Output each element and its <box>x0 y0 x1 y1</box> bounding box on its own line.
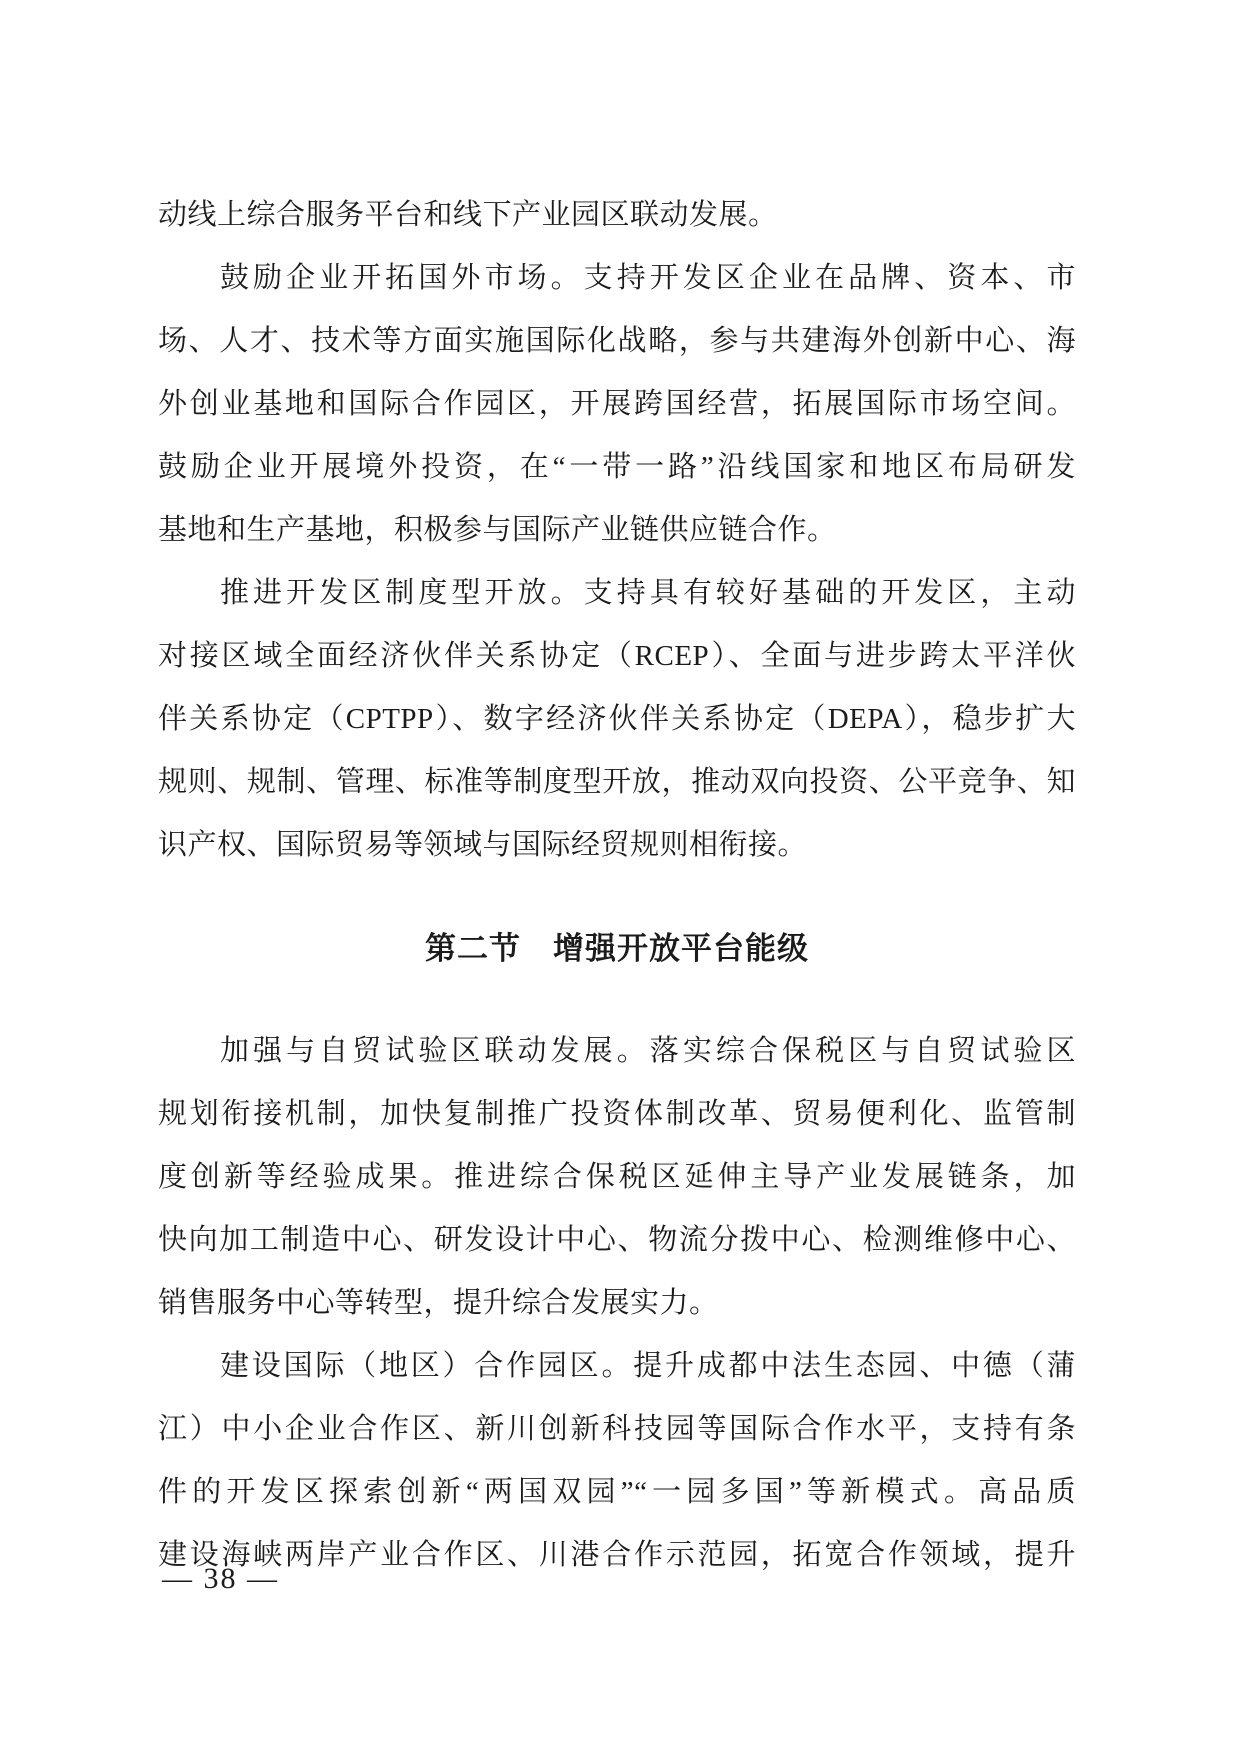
text-line: 销售服务中心等转型，提升综合发展实力。 <box>158 1272 1076 1335</box>
text-line: 快向加工制造中心、研发设计中心、物流分拨中心、检测维修中心、 <box>158 1209 1076 1272</box>
text-line: 加强与自贸试验区联动发展。落实综合保税区与自贸试验区 <box>158 1020 1076 1083</box>
document-page: 动线上综合服务平台和线下产业园区联动发展。鼓励企业开拓国外市场。支持开发区企业在… <box>0 0 1240 1754</box>
text-line: 推进开发区制度型开放。支持具有较好基础的开发区，主动 <box>158 562 1076 625</box>
text-line: 规划衔接机制，加快复制推广投资体制改革、贸易便利化、监管制 <box>158 1083 1076 1146</box>
text-line: 外创业基地和国际合作园区，开展跨国经营，拓展国际市场空间。 <box>158 373 1076 436</box>
text-line: 动线上综合服务平台和线下产业园区联动发展。 <box>158 184 1076 247</box>
text-line: 场、人才、技术等方面实施国际化战略，参与共建海外创新中心、海 <box>158 310 1076 373</box>
text-line: 建设海峡两岸产业合作区、川港合作示范园，拓宽合作领域，提升 <box>158 1524 1076 1587</box>
text-line: 规则、规制、管理、标准等制度型开放，推动双向投资、公平竞争、知 <box>158 751 1076 814</box>
text-line: 基地和生产基地，积极参与国际产业链供应链合作。 <box>158 499 1076 562</box>
text-line: 鼓励企业开拓国外市场。支持开发区企业在品牌、资本、市 <box>158 247 1076 310</box>
text-line: 伴关系协定（CPTPP）、数字经济伙伴关系协定（DEPA），稳步扩大 <box>158 688 1076 751</box>
text-line: 鼓励企业开展境外投资，在“一带一路”沿线国家和地区布局研发 <box>158 436 1076 499</box>
text-line: 对接区域全面经济伙伴关系协定（RCEP）、全面与进步跨太平洋伙 <box>158 625 1076 688</box>
paragraph-lines-top: 动线上综合服务平台和线下产业园区联动发展。鼓励企业开拓国外市场。支持开发区企业在… <box>158 184 1076 877</box>
paragraph-lines-bottom: 加强与自贸试验区联动发展。落实综合保税区与自贸试验区规划衔接机制，加快复制推广投… <box>158 1020 1076 1587</box>
section-heading: 第二节 增强开放平台能级 <box>158 917 1076 980</box>
text-line: 度创新等经验成果。推进综合保税区延伸主导产业发展链条，加 <box>158 1146 1076 1209</box>
text-line: 建设国际（地区）合作园区。提升成都中法生态园、中德（蒲 <box>158 1335 1076 1398</box>
text-content-block: 动线上综合服务平台和线下产业园区联动发展。鼓励企业开拓国外市场。支持开发区企业在… <box>158 184 1076 1587</box>
text-line: 江）中小企业合作区、新川创新科技园等国际合作水平，支持有条 <box>158 1398 1076 1461</box>
text-line: 识产权、国际贸易等领域与国际经贸规则相衔接。 <box>158 814 1076 877</box>
text-line: 件的开发区探索创新“两国双园”“一园多国”等新模式。高品质 <box>158 1461 1076 1524</box>
page-number-footer: — 38 — <box>162 1560 279 1598</box>
